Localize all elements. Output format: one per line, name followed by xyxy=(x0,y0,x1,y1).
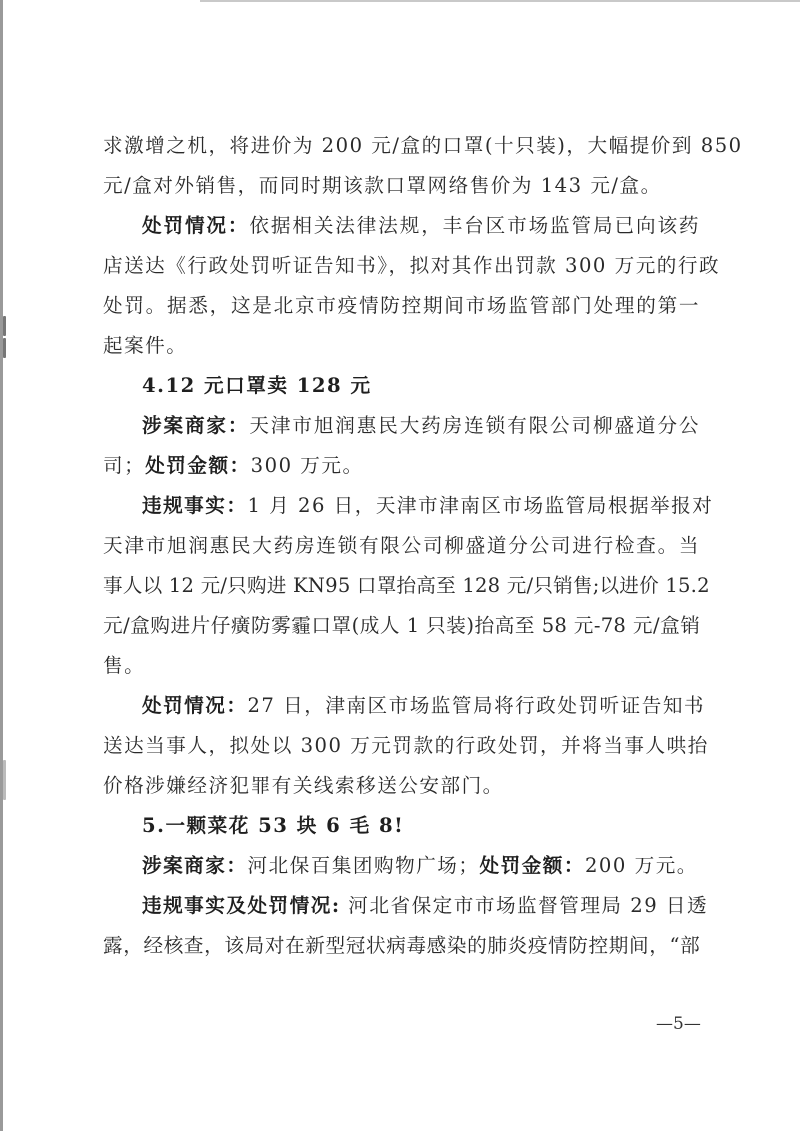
paragraph-line: 违规事实：1 月 26 日，天津市津南区市场监管局根据举报对 xyxy=(103,486,700,526)
line-text: 1 月 26 日，天津市津南区市场监管局根据举报对 xyxy=(247,494,713,517)
section-label: 处罚情况： xyxy=(142,214,249,237)
document-body: 求激增之机，将进价为 200 元/盒的口罩(十只装)，大幅提价到 850 元/盒… xyxy=(103,126,700,966)
line-text: 起案件。 xyxy=(103,334,187,357)
paragraph-line: 元/盒购进片仔癀防雾霾口罩(成人 1 只装)抬高至 58 元-78 元/盒销 xyxy=(103,606,700,646)
section-label: 处罚金额： xyxy=(145,454,250,477)
line-text: 售。 xyxy=(103,654,145,677)
section-label: 涉案商家： xyxy=(142,414,249,437)
line-text: 天津市旭润惠民大药房连锁有限公司柳盛道分公司进行检查。当 xyxy=(103,534,700,557)
section-label: 违规事实及处罚情况: xyxy=(142,894,341,917)
paragraph-line: 元/盒对外销售，而同时期该款口罩网络售价为 143 元/盒。 xyxy=(103,166,700,206)
paragraph-line: 店送达《行政处罚听证告知书》，拟对其作出罚款 300 万元的行政 xyxy=(103,246,700,286)
line-text: 价格涉嫌经济犯罪有关线索移送公安部门。 xyxy=(103,774,504,797)
paragraph-line: 天津市旭润惠民大药房连锁有限公司柳盛道分公司进行检查。当 xyxy=(103,526,700,566)
scan-left-edge xyxy=(0,0,3,1131)
scan-top-edge xyxy=(200,0,800,2)
paragraph-line: 露，经核查，该局对在新型冠状病毒感染的肺炎疫情防控期间，“部 xyxy=(103,926,700,966)
paragraph-line: 处罚情况：依据相关法律法规，丰台区市场监管局已向该药 xyxy=(103,206,700,246)
binding-mark xyxy=(3,338,6,358)
paragraph-line: 起案件。 xyxy=(103,326,700,366)
paragraph-line: 售。 xyxy=(103,646,700,686)
paragraph-line: 处罚情况：27 日，津南区市场监管局将行政处罚听证告知书 xyxy=(103,686,700,726)
line-text: 27 日，津南区市场监管局将行政处罚听证告知书 xyxy=(247,694,705,717)
line-text: 处罚。据悉，这是北京市疫情防控期间市场监管部门处理的第一 xyxy=(103,294,700,317)
paragraph-line: 处罚。据悉，这是北京市疫情防控期间市场监管部门处理的第一 xyxy=(103,286,700,326)
case-heading: 4.12 元口罩卖 128 元 xyxy=(103,366,700,406)
page-number: —5— xyxy=(656,1014,701,1034)
paragraph-line: 送达当事人，拟处以 300 万元罚款的行政处罚，并将当事人哄抬 xyxy=(103,726,700,766)
line-text: 河北保百集团购物广场； xyxy=(247,854,479,877)
line-text: 天津市旭润惠民大药房连锁有限公司柳盛道分公 xyxy=(249,414,700,437)
section-label: 涉案商家： xyxy=(142,854,247,877)
line-text: 求激增之机，将进价为 200 元/盒的口罩(十只装)，大幅提价到 850 xyxy=(103,134,743,157)
case-heading: 5.一颗菜花 53 块 6 毛 8! xyxy=(103,806,700,846)
heading-text: 5.一颗菜花 53 块 6 毛 8! xyxy=(142,814,404,837)
line-text: 300 万元。 xyxy=(251,454,364,477)
binding-mark xyxy=(3,760,6,800)
paragraph-line: 价格涉嫌经济犯罪有关线索移送公安部门。 xyxy=(103,766,700,806)
line-text: 200 万元。 xyxy=(585,854,698,877)
paragraph-line: 违规事实及处罚情况: 河北省保定市市场监督管理局 29 日透 xyxy=(103,886,700,926)
paragraph-line: 求激增之机，将进价为 200 元/盒的口罩(十只装)，大幅提价到 850 xyxy=(103,126,700,166)
line-text: 司； xyxy=(103,454,145,477)
heading-text: 4.12 元口罩卖 128 元 xyxy=(142,374,372,397)
line-text: 事人以 12 元/只购进 KN95 口罩抬高至 128 元/只销售;以进价 15… xyxy=(103,574,710,597)
line-text: 店送达《行政处罚听证告知书》，拟对其作出罚款 300 万元的行政 xyxy=(103,254,720,277)
binding-mark xyxy=(3,316,6,336)
line-text: 河北省保定市市场监督管理局 29 日透 xyxy=(341,894,709,917)
line-text: 元/盒对外销售，而同时期该款口罩网络售价为 143 元/盒。 xyxy=(103,174,662,197)
paragraph-line: 涉案商家：天津市旭润惠民大药房连锁有限公司柳盛道分公 xyxy=(103,406,700,446)
paragraph-line: 涉案商家：河北保百集团购物广场；处罚金额：200 万元。 xyxy=(103,846,700,886)
line-text: 元/盒购进片仔癀防雾霾口罩(成人 1 只装)抬高至 58 元-78 元/盒销 xyxy=(103,614,700,637)
section-label: 处罚金额： xyxy=(480,854,585,877)
section-label: 违规事实： xyxy=(142,494,247,517)
line-text: 露，经核查，该局对在新型冠状病毒感染的肺炎疫情防控期间，“部 xyxy=(103,934,700,957)
line-text: 依据相关法律法规，丰台区市场监管局已向该药 xyxy=(249,214,700,237)
paragraph-line: 事人以 12 元/只购进 KN95 口罩抬高至 128 元/只销售;以进价 15… xyxy=(103,566,700,606)
section-label: 处罚情况： xyxy=(142,694,247,717)
line-text: 送达当事人，拟处以 300 万元罚款的行政处罚，并将当事人哄抬 xyxy=(103,734,709,757)
paragraph-line: 司；处罚金额：300 万元。 xyxy=(103,446,700,486)
